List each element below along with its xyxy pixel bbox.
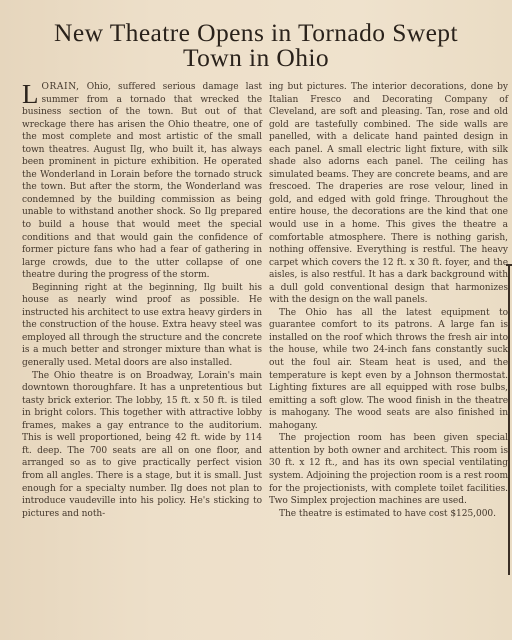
lead-word: ORAIN, [41,82,79,92]
paragraph-2: Beginning right at the beginning, Ilg bu… [22,282,262,370]
paragraph-1: LORAIN, Ohio, suffered serious damage la… [22,81,262,282]
drop-cap: L [22,83,38,105]
left-column: LORAIN, Ohio, suffered serious damage la… [22,81,262,520]
paragraph-1-text: Ohio, suffered serious damage last summe… [22,82,262,280]
paragraph-6: The theatre is estimated to have cost $1… [269,508,508,521]
page-edge-rule [508,265,510,575]
title-line-1: New Theatre Opens in Tornado Swept [0,20,512,45]
paragraph-3: The Ohio theatre is on Broadway, Lorain'… [22,370,262,521]
paragraph-4: The Ohio has all the latest equipment to… [269,307,508,432]
paragraph-3-continued: ing but pictures. The interior decoratio… [269,81,508,307]
title-line-2: Town in Ohio [0,45,512,70]
article-title: New Theatre Opens in Tornado Swept Town … [0,20,512,70]
right-column: ing but pictures. The interior decoratio… [269,81,508,520]
paragraph-5: The projection room has been given speci… [269,432,508,507]
